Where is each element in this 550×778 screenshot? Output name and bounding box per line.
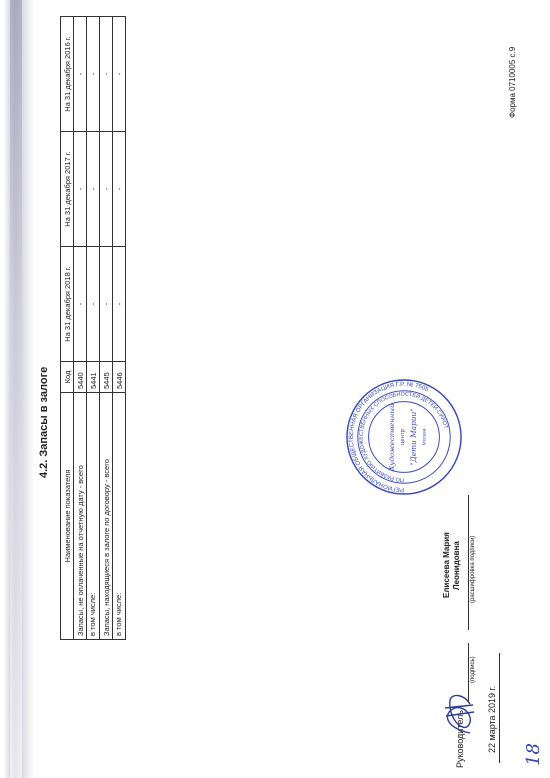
name-caption: (расшифровка подписи) — [470, 536, 476, 603]
name-line — [468, 495, 469, 630]
signer-name-line2: Леонидовна — [452, 541, 461, 590]
stamp-city: Москва — [422, 428, 428, 445]
signature-caption: (подпись) — [470, 656, 476, 683]
signature-block: Руководитель (подпись) Елисеева Мария Ле… — [0, 0, 550, 778]
document-page: Форма 0710005 с.9 4.2. Запасы в залоге Н… — [0, 0, 550, 778]
date-line — [499, 653, 500, 763]
signature-line — [468, 643, 469, 703]
stamp-center-line3: "Дети Марии" — [409, 408, 418, 465]
organization-stamp: РЕГИОНАЛЬНАЯ ОБЩЕСТВЕННАЯ ОРГАНИЗАЦИЯ Г.… — [345, 378, 463, 496]
stamp-center-line1: Художественный — [388, 404, 396, 472]
stamp-center-line2: центр — [400, 428, 406, 445]
signer-name-line1: Елисеева Мария — [442, 532, 451, 598]
handwritten-page-number: 18 — [523, 743, 544, 766]
signing-date: 22 марта 2019 г. — [487, 686, 497, 753]
handwritten-signature — [440, 688, 480, 738]
